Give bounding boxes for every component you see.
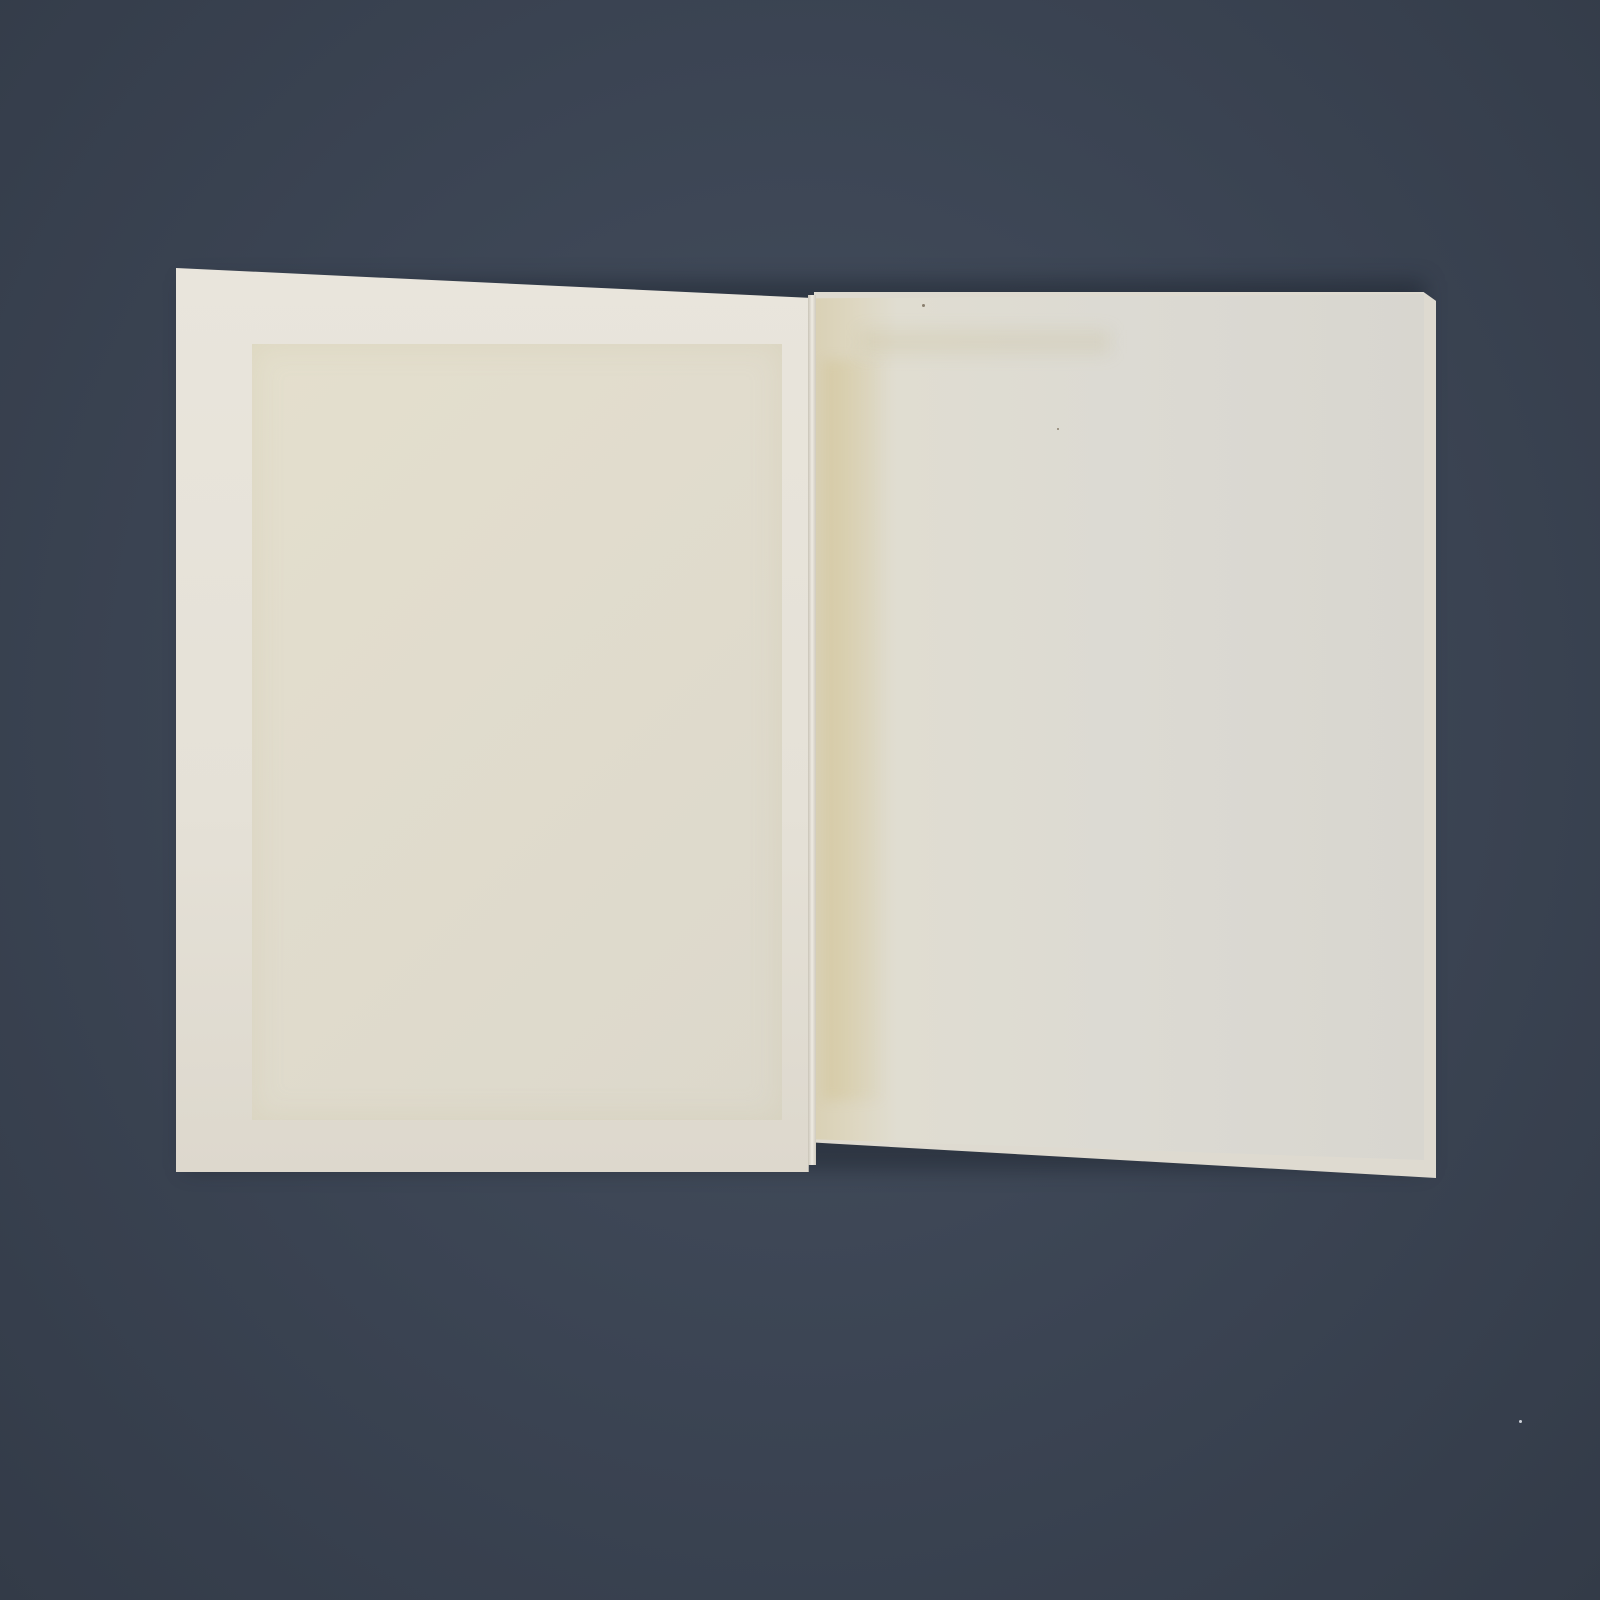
surface-speck — [1519, 1420, 1522, 1423]
paper-speck — [1057, 428, 1059, 430]
photo-scene — [0, 0, 1600, 1600]
book-spine-gutter — [808, 295, 816, 1165]
paper-speck — [922, 304, 925, 307]
right-page — [812, 294, 1424, 1160]
top-stain — [860, 330, 1110, 354]
gutter-stain — [824, 360, 880, 1100]
left-endpaper — [252, 344, 782, 1120]
